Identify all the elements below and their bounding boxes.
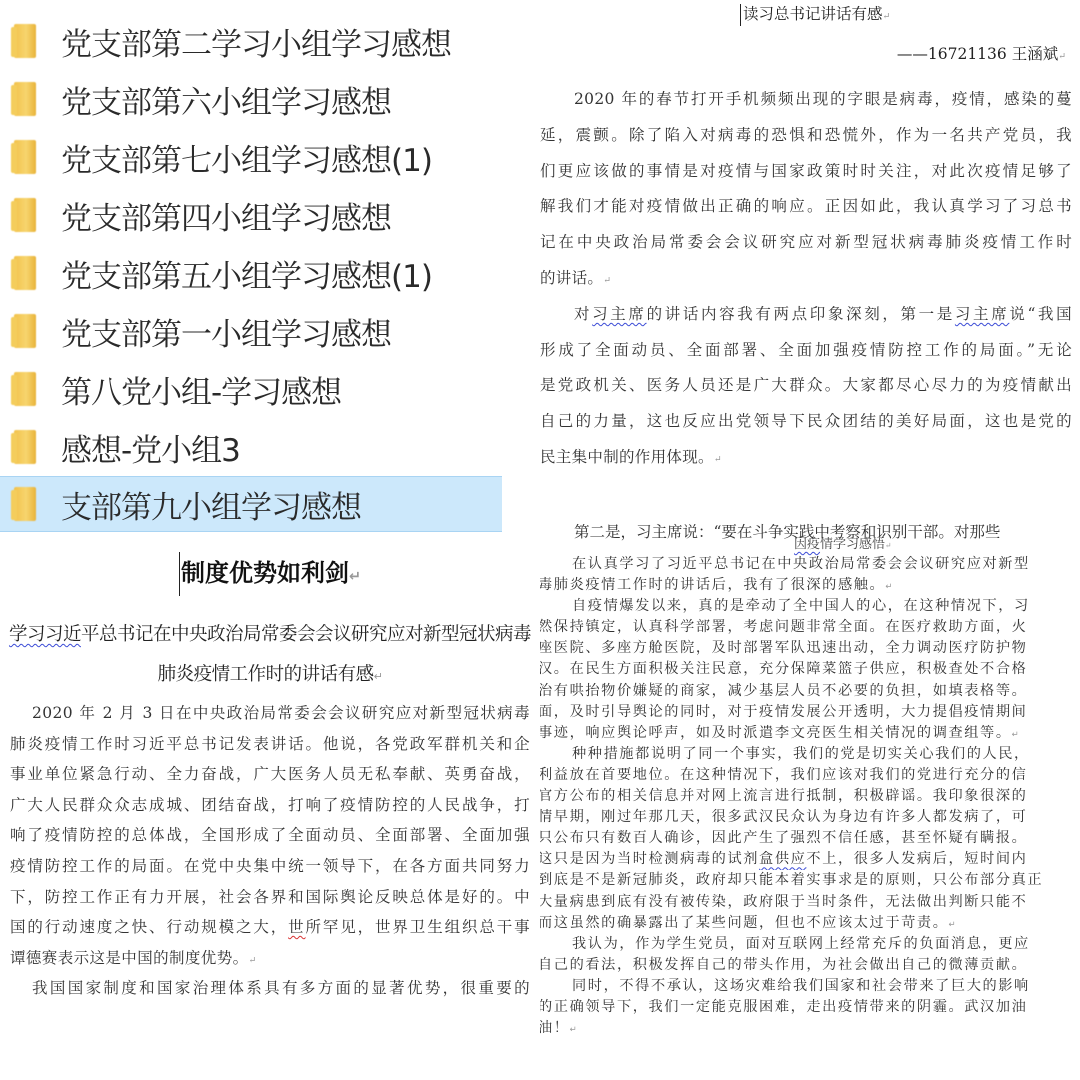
paragraph-mark-icon: ↵ — [374, 670, 383, 683]
text-line: 谭德赛表示这是中国的制度优势。↵ — [10, 943, 530, 974]
folder-item[interactable]: 党支部第六小组学习感想 — [0, 71, 540, 127]
spellcheck-underline[interactable]: 因疫 — [794, 537, 820, 552]
text-line: 民主集中制的作用体现。↵ — [540, 440, 1072, 476]
folder-item[interactable]: 党支部第七小组学习感想(1) — [0, 129, 540, 185]
folder-name: 党支部第一小组学习感想 — [61, 309, 391, 354]
text-line: 只公布只有数百人确诊，因此产生了强烈不信任感，甚至怀疑有瞒报。 — [540, 828, 1080, 849]
text-line: 疫情防控工作的局面。在党中央集中统一领导下，在各方面共同努力 — [10, 851, 530, 882]
document-page-right-bottom[interactable]: 第二是，习主席说：“要在斗争实践中考察和识别干部。对那些 因疫情学习感悟↵ 在认… — [540, 515, 1080, 1080]
folder-name: 支部第九小组学习感想 — [61, 482, 361, 527]
document-author: ——16721136 王涵斌↵ — [897, 42, 1066, 64]
paragraph-mark-icon: ↵ — [349, 569, 361, 585]
folder-item[interactable]: 感想-党小组3 — [0, 419, 540, 475]
text-line: 事业单位紧急行动、全力奋战，广大医务人员无私奉献、英勇奋战， — [10, 759, 530, 790]
text-line: 下，防控工作正有力开展，社会各界和国际舆论反映总体是好的。中 — [10, 882, 530, 913]
folder-icon — [14, 487, 36, 521]
text-cursor — [740, 4, 741, 26]
text-line: 们更应该做的事情是对疫情与国家政策时时关注，对此次疫情足够了 — [540, 154, 1072, 190]
text-line: 形成了全面动员、全面部署、全面加强疫情防控工作的局面。”无论 — [540, 333, 1072, 369]
paragraph-mark-icon: ↵ — [885, 541, 892, 550]
overlapping-text-line: 第二是，习主席说：“要在斗争实践中考察和识别干部。对那些 — [574, 520, 1000, 542]
folder-icon — [14, 82, 36, 116]
text-line: 我国国家制度和国家治理体系具有多方面的显著优势，很重要的 — [10, 973, 530, 1004]
text-line: 到底是不是新冠肺炎，政府却只能本着实事求是的原则，只公布部分真正 — [540, 870, 1080, 891]
folder-icon — [14, 24, 36, 58]
paragraph-mark-icon: ↵ — [1058, 51, 1066, 62]
document-title: 因疫情学习感悟↵ — [794, 533, 892, 552]
paragraph-mark-icon: ↵ — [603, 275, 611, 286]
text-line: 国的行动速度之快、行动规模之大，世所罕见，世界卫生组织总干事 — [10, 912, 530, 943]
text-line: 毒肺炎疫情工作时的讲话后，我有了很深的感触。↵ — [540, 575, 1080, 596]
spellcheck-underline[interactable]: 盒供应 — [759, 851, 806, 867]
document-subtitle: 学习习近平总书记在中央政治局常委会会议研究应对新型冠状病毒 — [0, 620, 540, 646]
folder-icon — [14, 140, 36, 174]
folder-item[interactable]: 党支部第一小组学习感想 — [0, 303, 540, 359]
folder-item[interactable]: 党支部第四小组学习感想 — [0, 187, 540, 243]
text-line: 自己的看法，积极发挥自己的带头作用，为社会做出自己的微薄贡献。 — [540, 955, 1080, 976]
folder-name: 党支部第六小组学习感想 — [61, 77, 391, 122]
text-line: 自疫情爆发以来，真的是牵动了全中国人的心，在这种情况下，习 — [540, 596, 1080, 617]
text-line: 2020 年的春节打开手机频频出现的字眼是病毒，疫情，感染的蔓 — [540, 82, 1072, 118]
folder-icon — [14, 430, 36, 464]
text-line: 事迹，响应舆论呼声，如及时派遣李文亮医生相关情况的调查组等。↵ — [540, 723, 1080, 744]
spellcheck-underline[interactable]: 学习习近 — [9, 624, 81, 645]
document-body: 2020 年 2 月 3 日在中央政治局常委会会议研究应对新型冠状病毒 肺炎疫情… — [10, 698, 530, 1004]
folder-item[interactable]: 党支部第五小组学习感想(1) — [0, 245, 540, 301]
spellcheck-underline[interactable]: 习主席 — [955, 305, 1009, 323]
text-line: 的正确领导下，我们一定能克服困难，走出疫情带来的阴霾。武汉加油 — [540, 997, 1080, 1018]
text-line: 然保持镇定，认真科学部署，考虑问题非常全面。在医疗救助方面，火 — [540, 617, 1080, 638]
text-line: 记在中央政治局常委会会议研究应对新型冠状病毒肺炎疫情工作时 — [540, 225, 1072, 261]
text-line: 的讲话。↵ — [540, 261, 1072, 297]
text-line: 解我们才能对疫情做出正确的响应。正因如此，我认真学习了习总书 — [540, 189, 1072, 225]
text-line: 油！↵ — [540, 1018, 1080, 1039]
text-line: 治有哄抬物价嫌疑的商家，减少基层人员不必要的负担，如填表格等。 — [540, 681, 1080, 702]
document-page-left[interactable]: 制度优势如利剑↵ 学习习近平总书记在中央政治局常委会会议研究应对新型冠状病毒 肺… — [0, 540, 540, 1080]
document-body: 2020 年的春节打开手机频频出现的字眼是病毒，疫情，感染的蔓 延，震颤。除了陷… — [540, 82, 1072, 476]
text-line: 2020 年 2 月 3 日在中央政治局常委会会议研究应对新型冠状病毒 — [10, 698, 530, 729]
spellcheck-underline[interactable]: 习主席 — [592, 305, 646, 323]
text-line: 我认为，作为学生党员，面对互联网上经常充斥的负面消息，更应 — [540, 934, 1080, 955]
folder-name: 党支部第七小组学习感想(1) — [61, 135, 432, 180]
text-line: 响了疫情防控的总体战，全国形成了全面动员、全面部署、全面加强 — [10, 820, 530, 851]
text-line: 而这虽然的确暴露出了某些问题，但也不应该太过于苛责。↵ — [540, 913, 1080, 934]
text-line: 利益放在首要地位。在这种情况下，我们应该对我们的党进行充分的信 — [540, 765, 1080, 786]
document-title: 读习总书记讲话有感↵ — [740, 2, 890, 26]
text-line: 同时，不得不承认，这场灾难给我们国家和社会带来了巨大的影响 — [540, 976, 1080, 997]
document-title: 制度优势如利剑↵ — [0, 552, 540, 596]
folder-name: 感想-党小组3 — [61, 425, 240, 470]
text-line: 种种措施都说明了同一个事实，我们的党是切实关心我们的人民， — [540, 744, 1080, 765]
spellcheck-underline[interactable]: 世 — [288, 918, 305, 936]
text-line: 对习主席的讲话内容我有两点印象深刻，第一是习主席说“我国 — [540, 297, 1072, 333]
folder-icon — [14, 372, 36, 406]
text-line: 在认真学习了习近平总书记在中央政治局常委会会议研究应对新型 — [540, 554, 1080, 575]
text-line: 大量病患到底有没有被传染，政府限于当时条件，无法做出判断只能不 — [540, 892, 1080, 913]
folder-icon — [14, 198, 36, 232]
text-line: 情早期，刚过年那几天，很多武汉民众认为身边有许多人都发病了，可 — [540, 807, 1080, 828]
text-line: 官方公布的相关信息并对网上流言进行抵制，积极辟谣。我印象很深的 — [540, 786, 1080, 807]
file-explorer-list: 党支部第二学习小组学习感想 党支部第六小组学习感想 党支部第七小组学习感想(1)… — [0, 0, 540, 540]
paragraph-mark-icon: ↵ — [948, 920, 957, 930]
text-line: 肺炎疫情工作时习近平总书记发表讲话。他说，各党政军群机关和企 — [10, 729, 530, 760]
folder-name: 第八党小组-学习感想 — [61, 367, 341, 412]
folder-name: 党支部第二学习小组学习感想 — [61, 19, 451, 64]
paragraph-mark-icon: ↵ — [885, 582, 894, 592]
folder-name: 党支部第四小组学习感想 — [61, 193, 391, 238]
folder-item-selected[interactable]: 支部第九小组学习感想 — [0, 476, 502, 532]
folder-icon — [14, 256, 36, 290]
folder-name: 党支部第五小组学习感想(1) — [61, 251, 432, 296]
paragraph-mark-icon: ↵ — [714, 454, 722, 465]
folder-item[interactable]: 第八党小组-学习感想 — [0, 361, 540, 417]
paragraph-mark-icon: ↵ — [883, 11, 891, 22]
folder-item[interactable]: 党支部第二学习小组学习感想 — [0, 13, 540, 69]
text-line: 自己的力量，这也反应出党领导下民众团结的美好局面，这也是党的 — [540, 404, 1072, 440]
paragraph-mark-icon: ↵ — [570, 1025, 579, 1035]
text-line: 座医院、多座方舱医院，及时部署军队迅速出动，全力调动医疗防护物 — [540, 638, 1080, 659]
text-line: 这只是因为当时检测病毒的试剂盒供应不上，很多人发病后，短时间内 — [540, 849, 1080, 870]
text-line: 广大人民群众众志成城、团结奋战，打响了疫情防控的人民战争，打 — [10, 790, 530, 821]
document-subtitle: 肺炎疫情工作时的讲话有感↵ — [0, 660, 540, 686]
text-line: 面，及时引导舆论的同时，对于疫情发展公开透明，大力提倡疫情期间 — [540, 702, 1080, 723]
paragraph-mark-icon: ↵ — [1012, 730, 1021, 740]
text-line: 延，震颤。除了陷入对病毒的恐惧和恐慌外，作为一名共产党员，我 — [540, 118, 1072, 154]
text-line: 是党政机关、医务人员还是广大群众。大家都尽心尽力的为疫情献出 — [540, 368, 1072, 404]
folder-icon — [14, 314, 36, 348]
document-body: 在认真学习了习近平总书记在中央政治局常委会会议研究应对新型 毒肺炎疫情工作时的讲… — [540, 554, 1080, 1039]
paragraph-mark-icon: ↵ — [249, 955, 257, 966]
text-line: 汉。在民生方面积极关注民意，充分保障菜篮子供应，积极查处不合格 — [540, 659, 1080, 680]
document-page-right-top[interactable]: 读习总书记讲话有感↵ ——16721136 王涵斌↵ 2020 年的春节打开手机… — [540, 0, 1080, 515]
text-cursor — [179, 552, 180, 596]
